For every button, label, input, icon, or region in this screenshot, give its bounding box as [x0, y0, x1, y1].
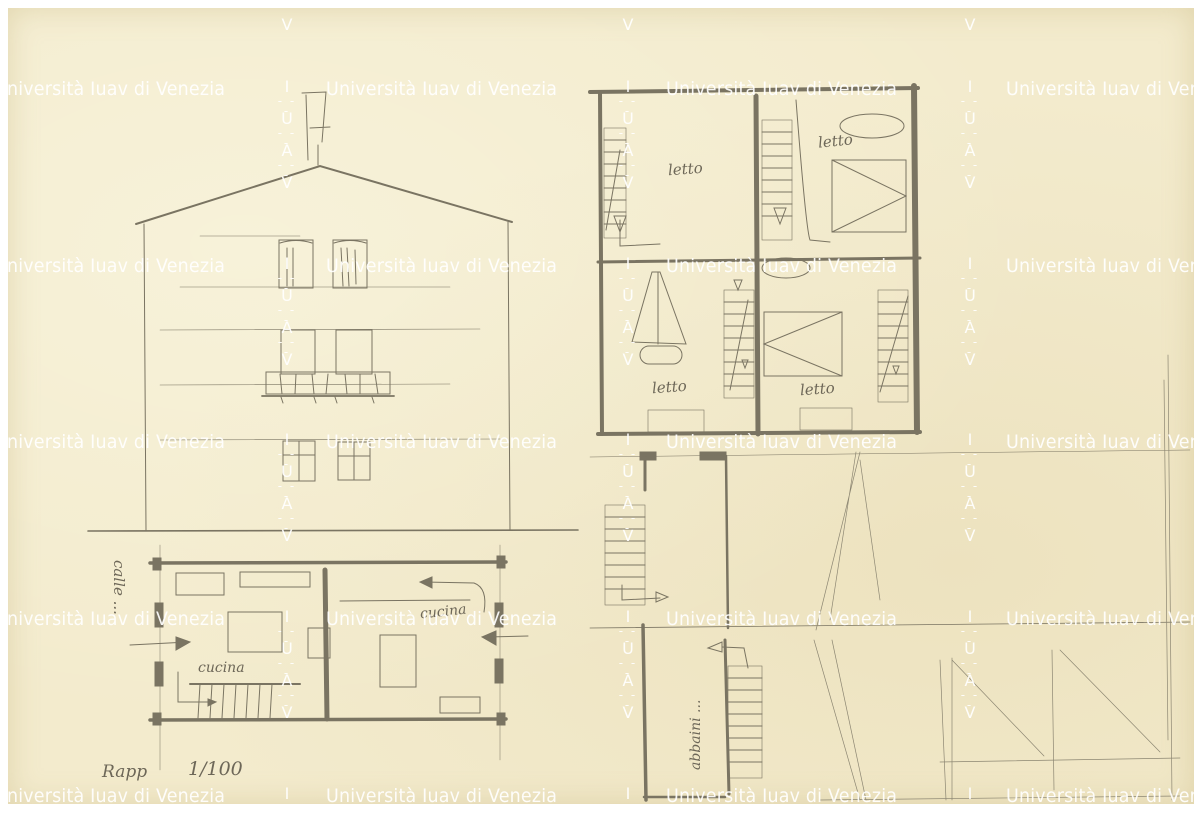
elevation-drawing [88, 92, 578, 531]
label-street: calle ... [110, 560, 128, 615]
watermark-column: I [272, 785, 302, 803]
watermark-top-v-2: V [613, 16, 643, 34]
label-scale: 1/100 [188, 758, 243, 780]
watermark-column: I- - - U- - - A- - - V [613, 78, 643, 192]
watermark-column: I- - - U- - - A- - - V [955, 78, 985, 192]
watermark-column: I- - - U- - - A- - - V [272, 255, 302, 369]
watermark-column: I- - - U- - - A- - - V [272, 431, 302, 545]
label-bed-1: letto [667, 159, 703, 179]
label-bed-4: letto [799, 379, 835, 399]
label-bed-2: letto [817, 130, 853, 152]
ground-floor-plan [130, 545, 528, 770]
watermark-column: I- - - U- - - A- - - V [613, 608, 643, 722]
watermark-column: I- - - U- - - A- - - V [272, 78, 302, 192]
watermark-column: I- - - U- - - A- - - V [955, 255, 985, 369]
watermark-column: I [955, 785, 985, 803]
watermark-column: I [613, 785, 643, 803]
watermark-column: I- - - U- - - A- - - V [613, 255, 643, 369]
watermark-top-v-1: V [272, 16, 302, 34]
watermark-column: I- - - U- - - A- - - V [955, 431, 985, 545]
label-vertical-note: abbaini ... [688, 700, 704, 770]
watermark-column: I- - - U- - - A- - - V [955, 608, 985, 722]
pencil-drawing [0, 0, 1200, 814]
watermark-column: I- - - U- - - A- - - V [613, 431, 643, 545]
label-kitchen: cucina [198, 660, 245, 676]
label-ratio-prefix: Rapp [102, 762, 147, 782]
watermark-top-v-3: V [955, 16, 985, 34]
construction-lines [814, 355, 1180, 800]
label-bed-3: letto [651, 377, 687, 397]
watermark-column: I- - - U- - - A- - - V [272, 608, 302, 722]
